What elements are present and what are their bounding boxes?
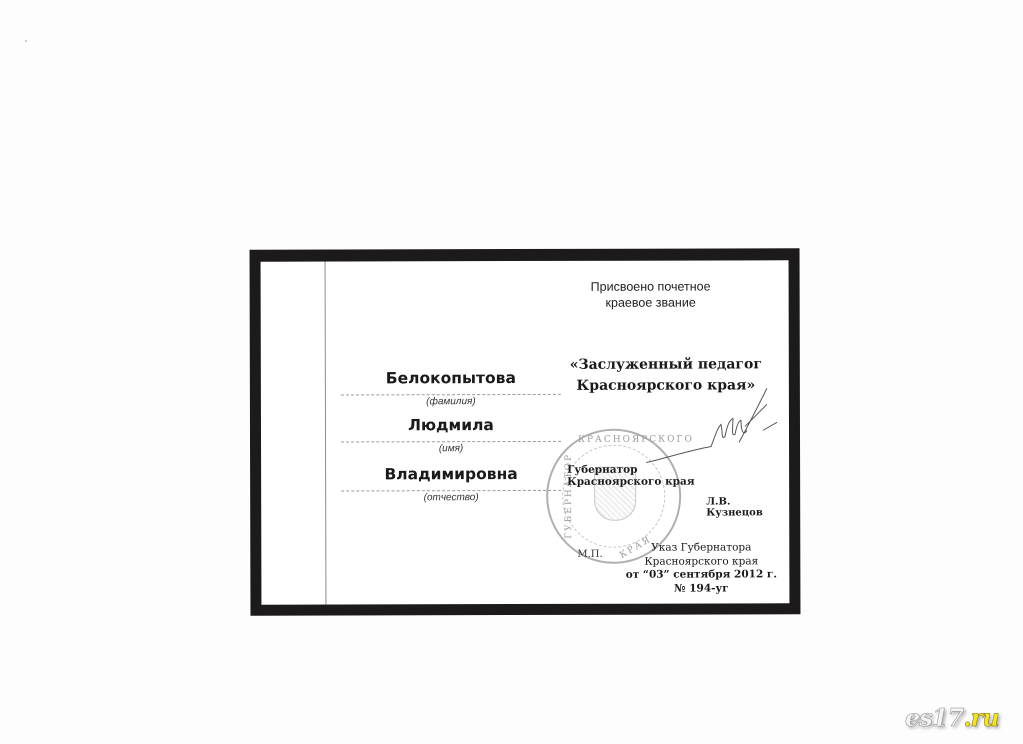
scan-speck — [25, 40, 27, 42]
certificate-card: Белокопытова (фамилия) Людмила (имя) Вла… — [250, 248, 801, 615]
decree-line-2: Красноярского края — [621, 555, 781, 569]
governor-line-1: Губернатор — [567, 464, 694, 476]
awarded-text: Присвоено почетное краевое звание — [561, 278, 741, 310]
awarded-line-2: краевое звание — [561, 294, 741, 310]
signature-icon — [641, 380, 781, 470]
surname: Белокопытова — [341, 369, 561, 388]
given-name-caption: (имя) — [341, 443, 561, 455]
watermark-part-1: es17 — [905, 703, 963, 732]
decree-block: Указ Губернатора Красноярского края от “… — [621, 541, 781, 595]
signer-name: Л.В. Кузнецов — [706, 496, 789, 518]
stamp-place: М.П. — [577, 549, 602, 560]
decree-date: от “03” сентября 2012 г. — [621, 568, 781, 582]
awarded-line-1: Присвоено почетное — [561, 278, 741, 294]
patronymic: Владимировна — [341, 465, 561, 484]
given-name: Людмила — [341, 416, 561, 435]
governor-line-2: Красноярского края — [567, 476, 694, 488]
watermark-part-2: .ru — [963, 703, 998, 732]
fold-line — [325, 262, 327, 605]
site-watermark: es17.ru — [905, 703, 999, 732]
decree-number: № 194-уг — [621, 582, 781, 596]
patronymic-caption: (отчество) — [341, 492, 561, 504]
surname-caption: (фамилия) — [341, 396, 561, 408]
decree-line-1: Указ Губернатора — [621, 541, 781, 555]
person-block: Белокопытова (фамилия) Людмила (имя) Вла… — [341, 369, 561, 530]
title-line-1: «Заслуженный педагог — [561, 354, 771, 376]
governor-title: Губернатор Красноярского края — [567, 464, 694, 488]
